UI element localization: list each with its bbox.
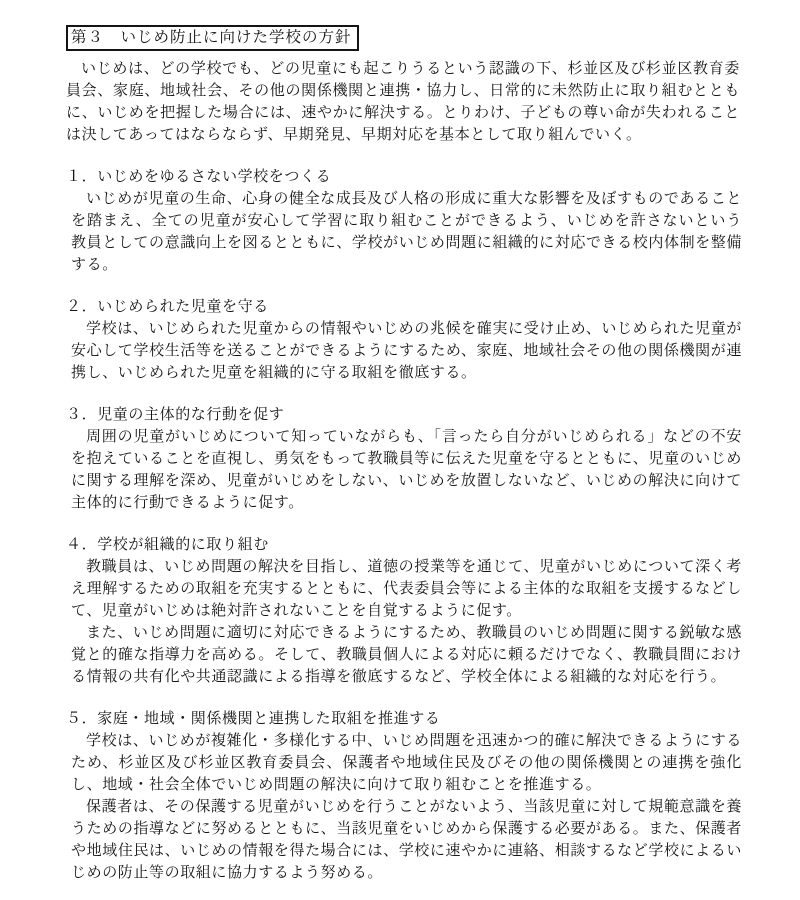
section-body: 教職員は、いじめ問題の解決を目指し、道徳の授業等を通じて、児童がいじめについて深… xyxy=(71,556,742,688)
section-4-school-organizational-effort: ４．学校が組織的に取り組む 教職員は、いじめ問題の解決を目指し、道徳の授業等を通… xyxy=(66,534,740,688)
section-body: 学校は、いじめられた児童からの情報やいじめの兆候を確実に受け止め、いじめられた児… xyxy=(71,318,742,384)
section-paragraph: 保護者は、その保護する児童がいじめを行うことがないよう、当該児童に対して規範意識… xyxy=(71,796,742,884)
section-paragraph: いじめが児童の生命、心身の健全な成長及び人格の形成に重大な影響を及ぼすものである… xyxy=(71,188,742,276)
section-body: 学校は、いじめが複雑化・多様化する中、いじめ問題を迅速かつ的確に解決できるように… xyxy=(71,730,742,884)
section-heading: ４．学校が組織的に取り組む xyxy=(66,534,740,556)
section-heading: ２．いじめられた児童を守る xyxy=(66,296,740,318)
section-paragraph: また、いじめ問題に適切に対応できるようにするため、教職員のいじめ問題に関する鋭敏… xyxy=(71,622,742,688)
section-1-no-tolerance-school: １．いじめをゆるさない学校をつくる いじめが児童の生命、心身の健全な成長及び人格… xyxy=(66,166,740,276)
section-paragraph: 教職員は、いじめ問題の解決を目指し、道徳の授業等を通じて、児童がいじめについて深… xyxy=(71,556,742,622)
section-5-cooperation-with-community: ５．家庭・地域・関係機関と連携した取組を推進する 学校は、いじめが複雑化・多様化… xyxy=(66,708,740,884)
section-body: いじめが児童の生命、心身の健全な成長及び人格の形成に重大な影響を及ぼすものである… xyxy=(71,188,742,276)
document-page: 第３ いじめ防止に向けた学校の方針 いじめは、どの学校でも、どの児童にも起こりう… xyxy=(0,0,800,900)
section-heading: ５．家庭・地域・関係機関と連携した取組を推進する xyxy=(66,708,740,730)
section-paragraph: 周囲の児童がいじめについて知っていながらも、「言ったら自分がいじめられる」などの… xyxy=(71,426,742,514)
section-paragraph: 学校は、いじめられた児童からの情報やいじめの兆候を確実に受け止め、いじめられた児… xyxy=(71,318,742,384)
intro-paragraph: いじめは、どの学校でも、どの児童にも起こりうるという認識の下、杉並区及び杉並区教… xyxy=(66,58,740,146)
section-2-protect-bullied-children: ２．いじめられた児童を守る 学校は、いじめられた児童からの情報やいじめの兆候を確… xyxy=(66,296,740,384)
document-title-box: 第３ いじめ防止に向けた学校の方針 xyxy=(66,25,359,51)
section-body: 周囲の児童がいじめについて知っていながらも、「言ったら自分がいじめられる」などの… xyxy=(71,426,742,514)
section-paragraph: 学校は、いじめが複雑化・多様化する中、いじめ問題を迅速かつ的確に解決できるように… xyxy=(71,730,742,796)
section-heading: １．いじめをゆるさない学校をつくる xyxy=(66,166,740,188)
section-3-encourage-proactive-action: ３．児童の主体的な行動を促す 周囲の児童がいじめについて知っていながらも、「言っ… xyxy=(66,404,740,514)
section-heading: ３．児童の主体的な行動を促す xyxy=(66,404,740,426)
